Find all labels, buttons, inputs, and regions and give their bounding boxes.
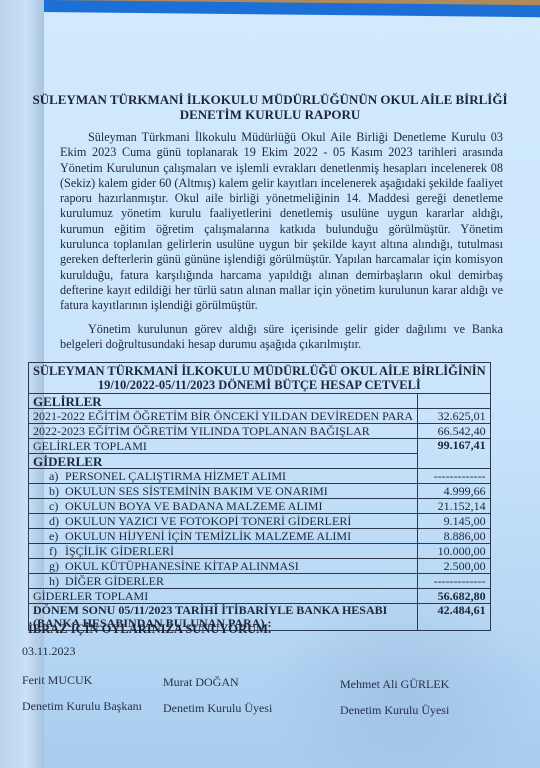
expense-item-text: OKULUN HİJYENİ İÇİN TEMİZLİK MALZEME ALI… <box>65 529 351 543</box>
expense-item-label: c)OKULUN BOYA VE BADANA MALZEME ALIMI <box>29 499 418 514</box>
expense-total-row: GİDERLER TOPLAMI 56.682,80 <box>29 589 491 604</box>
expense-section-label: GİDERLER <box>29 454 418 469</box>
report-paragraph-2: Yönetim kurulunun görev aldığı süre içer… <box>60 322 503 353</box>
table-row: b)OKULUN SES SİSTEMİNİN BAKIM VE ONARIMI… <box>29 484 491 499</box>
signatory-role: Denetim Kurulu Üyesi <box>340 703 449 717</box>
table-row: g)OKUL KÜTÜPHANESİNE KİTAP ALINMASI2.500… <box>29 559 491 574</box>
expense-item-letter: h) <box>49 575 65 588</box>
expense-item-letter: f) <box>49 545 65 558</box>
table-header: SÜLEYMAN TÜRKMANİ İLKOKULU MÜDÜRLÜĞÜ OKU… <box>29 363 491 394</box>
paragraph-text: Süleyman Türkmani İlkokulu Müdürlüğü Oku… <box>60 130 503 314</box>
expense-item-amount: 8.886,00 <box>418 529 491 544</box>
expense-item-text: OKULUN YAZICI VE FOTOKOPİ TONERİ GİDERLE… <box>65 514 351 528</box>
expense-item-amount: ------------- <box>418 469 491 484</box>
expense-total-amount: 56.682,80 <box>418 589 491 604</box>
expense-item-text: İŞÇİLİK GİDERLERİ <box>65 544 174 558</box>
table-header-line2: 19/10/2022-05/11/2023 DÖNEMİ BÜTÇE HESAP… <box>33 378 486 392</box>
expense-item-text: PERSONEL ÇALIŞTIRMA HİZMET ALIMI <box>65 469 286 483</box>
income-total-amount: 99.167,41 <box>418 439 491 469</box>
expense-item-label: b)OKULUN SES SİSTEMİNİN BAKIM VE ONARIMI <box>29 484 418 499</box>
income-section-label: GELİRLER <box>29 394 418 409</box>
table-row: d)OKULUN YAZICI VE FOTOKOPİ TONERİ GİDER… <box>29 514 491 529</box>
paragraph-text: Yönetim kurulunun görev aldığı süre içer… <box>60 322 503 353</box>
expense-item-letter: c) <box>49 500 65 513</box>
signatory-2: Murat DOĞAN Denetim Kurulu Üyesi <box>163 675 272 716</box>
income-total-label: GELİRLER TOPLAMI <box>29 439 418 454</box>
income-total-row: GELİRLER TOPLAMI 99.167,41 <box>29 439 491 454</box>
expense-item-label: g)OKUL KÜTÜPHANESİNE KİTAP ALINMASI <box>29 559 418 574</box>
signatory-name: Mehmet Ali GÜRLEK <box>340 677 449 703</box>
budget-table: SÜLEYMAN TÜRKMANİ İLKOKULU MÜDÜRLÜĞÜ OKU… <box>28 362 491 631</box>
expense-item-letter: b) <box>49 485 65 498</box>
table-row: f)İŞÇİLİK GİDERLERİ10.000,00 <box>29 544 491 559</box>
expense-item-label: e)OKULUN HİJYENİ İÇİN TEMİZLİK MALZEME A… <box>29 529 418 544</box>
expense-total-label: GİDERLER TOPLAMI <box>29 589 418 604</box>
expense-item-text: DİĞER GİDERLER <box>65 574 164 588</box>
expense-item-label: a)PERSONEL ÇALIŞTIRMA HİZMET ALIMI <box>29 469 418 484</box>
expense-item-letter: g) <box>49 560 65 573</box>
table-row: c)OKULUN BOYA VE BADANA MALZEME ALIMI21.… <box>29 499 491 514</box>
signatory-name: Ferit MUCUK <box>22 673 142 699</box>
table-header-row: SÜLEYMAN TÜRKMANİ İLKOKULU MÜDÜRLÜĞÜ OKU… <box>29 363 491 394</box>
expense-item-amount: 4.999,66 <box>418 484 491 499</box>
report-title-line2: DENETİM KURULU RAPORU <box>0 107 540 122</box>
signatory-role: Denetim Kurulu Başkanı <box>22 699 142 713</box>
table-row: h)DİĞER GİDERLER------------- <box>29 574 491 589</box>
income-item-amount: 66.542,40 <box>418 424 491 439</box>
signatory-role: Denetim Kurulu Üyesi <box>163 701 272 715</box>
table-row: 2021-2022 EĞİTİM ÖĞRETİM BİR ÖNCEKİ YILD… <box>29 409 491 424</box>
report-date: 03.11.2023 <box>22 644 76 659</box>
report-paragraph-1: Süleyman Türkmani İlkokulu Müdürlüğü Oku… <box>60 130 503 314</box>
income-item-label: 2022-2023 EĞİTİM ÖĞRETİM YILINDA TOPLANA… <box>29 424 418 439</box>
income-section-row: GELİRLER <box>29 394 491 409</box>
table-header-line1: SÜLEYMAN TÜRKMANİ İLKOKULU MÜDÜRLÜĞÜ OKU… <box>33 364 486 378</box>
expense-item-label: d)OKULUN YAZICI VE FOTOKOPİ TONERİ GİDER… <box>29 514 418 529</box>
report-title-line1: SÜLEYMAN TÜRKMANİ İLKOKULU MÜDÜRLÜĞÜNÜN … <box>0 92 540 107</box>
expense-rows: a)PERSONEL ÇALIŞTIRMA HİZMET ALIMI------… <box>29 469 491 589</box>
expense-item-letter: e) <box>49 530 65 543</box>
expense-item-letter: a) <box>49 470 65 483</box>
expense-item-amount: 9.145,00 <box>418 514 491 529</box>
expense-item-label: h)DİĞER GİDERLER <box>29 574 418 589</box>
expense-item-text: OKULUN SES SİSTEMİNİN BAKIM VE ONARIMI <box>65 484 328 498</box>
signatory-name: Murat DOĞAN <box>163 675 272 701</box>
expense-item-letter: d) <box>49 515 65 528</box>
closing-statement: İBRAZ İÇİN OYLARINIZA SUNUYORUM. <box>28 622 271 637</box>
bank-balance-amount: 42.484,61 <box>418 604 491 631</box>
table-row: e)OKULUN HİJYENİ İÇİN TEMİZLİK MALZEME A… <box>29 529 491 544</box>
signatory-3: Mehmet Ali GÜRLEK Denetim Kurulu Üyesi <box>340 677 449 718</box>
empty-cell <box>418 394 491 409</box>
expense-item-amount: 21.152,14 <box>418 499 491 514</box>
expense-item-amount: ------------- <box>418 574 491 589</box>
signatory-1: Ferit MUCUK Denetim Kurulu Başkanı <box>22 673 142 714</box>
income-item-label: 2021-2022 EĞİTİM ÖĞRETİM BİR ÖNCEKİ YILD… <box>29 409 418 424</box>
table-row: 2022-2023 EĞİTİM ÖĞRETİM YILINDA TOPLANA… <box>29 424 491 439</box>
income-item-amount: 32.625,01 <box>418 409 491 424</box>
expense-item-label: f)İŞÇİLİK GİDERLERİ <box>29 544 418 559</box>
expense-item-amount: 10.000,00 <box>418 544 491 559</box>
table-row: a)PERSONEL ÇALIŞTIRMA HİZMET ALIMI------… <box>29 469 491 484</box>
report-title: SÜLEYMAN TÜRKMANİ İLKOKULU MÜDÜRLÜĞÜNÜN … <box>0 92 540 122</box>
expense-item-amount: 2.500,00 <box>418 559 491 574</box>
expense-item-text: OKUL KÜTÜPHANESİNE KİTAP ALINMASI <box>65 559 299 573</box>
expense-item-text: OKULUN BOYA VE BADANA MALZEME ALIMI <box>65 499 322 513</box>
